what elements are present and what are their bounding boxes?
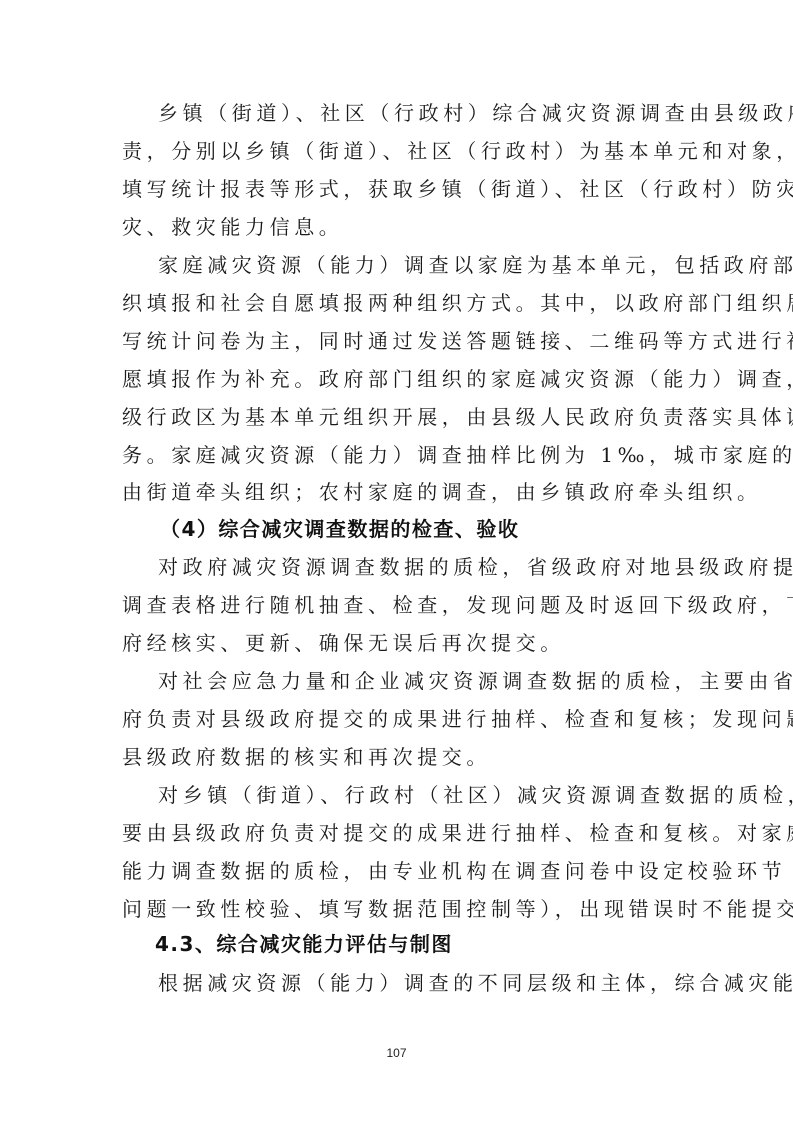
section-heading-4-3: 4.3、综合减灾能力评估与制图 xyxy=(155,925,453,963)
paragraph-2-line-3: 写统计问卷为主，同时通过发送答题链接、二维码等方式进行社会自 xyxy=(122,322,674,360)
paragraph-1-line-1: 乡镇（街道）、社区（行政村）综合减灾资源调查由县级政府负 xyxy=(158,94,674,132)
paragraph-3-line-3: 府经核实、更新、确保无误后再次提交。 xyxy=(122,624,674,662)
paragraph-2-line-7: 由街道牵头组织；农村家庭的调查，由乡镇政府牵头组织。 xyxy=(122,473,674,511)
paragraph-5-line-4: 问题一致性校验、填写数据范围控制等），出现错误时不能提交结果。 xyxy=(122,890,674,928)
paragraph-2-line-4: 愿填报作为补充。政府部门组织的家庭减灾资源（能力）调查，以县 xyxy=(122,360,674,398)
paragraph-2-line-2: 织填报和社会自愿填报两种组织方式。其中，以政府部门组织居民填 xyxy=(122,284,674,322)
paragraph-5-line-3: 能力调查数据的质检，由专业机构在调查问卷中设定校验环节（前后 xyxy=(122,852,674,890)
page-number: 107 xyxy=(0,1046,793,1060)
paragraph-5-line-2: 要由县级政府负责对提交的成果进行抽样、检查和复核。对家庭减灾 xyxy=(122,814,674,852)
paragraph-4-line-3: 县级政府数据的核实和再次提交。 xyxy=(122,738,674,776)
paragraph-4-line-2: 府负责对县级政府提交的成果进行抽样、检查和复核；发现问题退回 xyxy=(122,700,674,738)
section-heading-4: （4）综合减灾调查数据的检查、验收 xyxy=(160,510,519,548)
document-page: 乡镇（街道）、社区（行政村）综合减灾资源调查由县级政府负 责，分别以乡镇（街道）… xyxy=(0,0,793,1122)
paragraph-3-line-1: 对政府减灾资源调查数据的质检，省级政府对地县级政府提交的 xyxy=(158,548,674,586)
paragraph-6-line-1: 根据减灾资源（能力）调查的不同层级和主体，综合减灾能力评 xyxy=(158,964,674,1002)
paragraph-2-line-6: 务。家庭减灾资源（能力）调查抽样比例为 1‰，城市家庭的调查， xyxy=(122,436,674,474)
paragraph-1-line-4: 灾、救灾能力信息。 xyxy=(122,208,674,246)
paragraph-2-line-1: 家庭减灾资源（能力）调查以家庭为基本单元，包括政府部门组 xyxy=(158,246,674,284)
paragraph-5-line-1: 对乡镇（街道）、行政村（社区）减灾资源调查数据的质检，主 xyxy=(158,776,674,814)
paragraph-3-line-2: 调查表格进行随机抽查、检查，发现问题及时返回下级政府，下级政 xyxy=(122,586,674,624)
paragraph-2-line-5: 级行政区为基本单元组织开展，由县级人民政府负责落实具体调查任 xyxy=(122,398,674,436)
paragraph-4-line-1: 对社会应急力量和企业减灾资源调查数据的质检，主要由省级政 xyxy=(158,662,674,700)
paragraph-1-line-3: 填写统计报表等形式，获取乡镇（街道）、社区（行政村）防灾、减 xyxy=(122,170,674,208)
paragraph-1-line-2: 责，分别以乡镇（街道）、社区（行政村）为基本单元和对象，通过 xyxy=(122,132,674,170)
